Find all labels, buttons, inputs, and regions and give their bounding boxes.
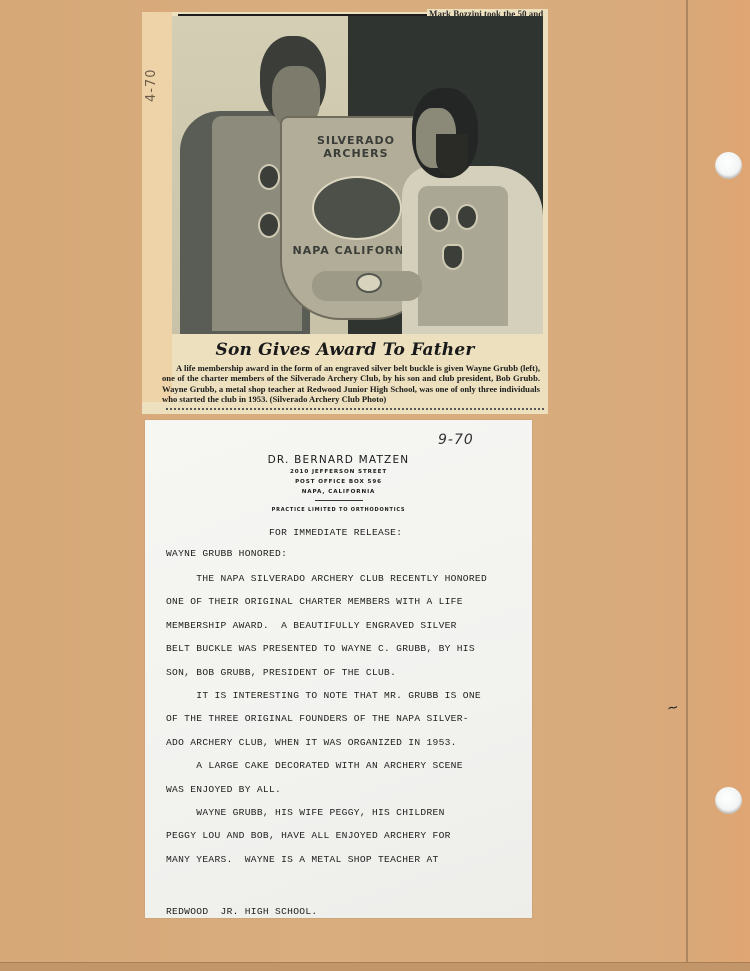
page-bottom-edge bbox=[0, 962, 750, 971]
letterhead-address-1: 2010 JEFFERSON STREET bbox=[145, 469, 532, 475]
letter-line: SON, BOB GRUBB, PRESIDENT OF THE CLUB. bbox=[166, 667, 396, 678]
letterhead-address-3: NAPA, CALIFORNIA bbox=[145, 489, 532, 495]
photo-caption: A life membership award in the form of a… bbox=[162, 363, 540, 405]
news-photo: SILVERADO ARCHERS NAPA CALIFORNIA bbox=[172, 16, 543, 334]
letter-line: ONE OF THEIR ORIGINAL CHARTER MEMBERS WI… bbox=[166, 596, 463, 607]
letter-line: MEMBERSHIP AWARD. A BEAUTIFULLY ENGRAVED… bbox=[166, 620, 457, 631]
letter-title: WAYNE GRUBB HONORED: bbox=[166, 548, 287, 559]
press-release-letter: 9-70 DR. BERNARD MATZEN 2010 JEFFERSON S… bbox=[145, 420, 532, 918]
letter-line: THE NAPA SILVERADO ARCHERY CLUB RECENTLY… bbox=[166, 573, 487, 584]
page-right-flap bbox=[688, 0, 750, 962]
shield-patch-icon bbox=[442, 244, 464, 270]
letter-line: A LARGE CAKE DECORATED WITH AN ARCHERY S… bbox=[166, 760, 463, 771]
caption-text: A life membership award in the form of a… bbox=[162, 363, 540, 404]
letter-line: WAYNE GRUBB, HIS WIFE PEGGY, HIS CHILDRE… bbox=[166, 807, 445, 818]
letter-line: WAS ENJOYED BY ALL. bbox=[166, 784, 281, 795]
letter-line: BELT BUCKLE WAS PRESENTED TO WAYNE C. GR… bbox=[166, 643, 475, 654]
letter-line: MANY YEARS. WAYNE IS A METAL SHOP TEACHE… bbox=[166, 854, 439, 865]
release-heading: FOR IMMEDIATE RELEASE: bbox=[269, 527, 402, 538]
letter-line: REDWOOD JR. HIGH SCHOOL. bbox=[166, 906, 317, 917]
letterhead-address-2: POST OFFICE BOX 596 bbox=[145, 479, 532, 485]
letter-line: PEGGY LOU AND BOB, HAVE ALL ENJOYED ARCH… bbox=[166, 830, 451, 841]
letter-line: ADO ARCHERY CLUB, WHEN IT WAS ORGANIZED … bbox=[166, 737, 457, 748]
letter-line: OF THE THREE ORIGINAL FOUNDERS OF THE NA… bbox=[166, 713, 469, 724]
medal-icon bbox=[456, 204, 478, 230]
handwritten-date: 9-70 bbox=[438, 432, 474, 448]
vest-patch-icon bbox=[258, 212, 280, 238]
letterhead-name: DR. BERNARD MATZEN bbox=[145, 454, 532, 466]
newspaper-clipping: 4-70 Mark Bozzini took the 50 and 75- SI… bbox=[142, 12, 548, 414]
letterhead-practice: PRACTICE LIMITED TO ORTHODONTICS bbox=[145, 507, 532, 513]
binder-hole bbox=[715, 152, 742, 179]
margin-mark: ~ bbox=[666, 699, 680, 717]
handwritten-date: 4-70 bbox=[144, 68, 159, 102]
banner-emblem bbox=[312, 176, 402, 240]
binder-hole bbox=[715, 787, 742, 814]
headline: Son Gives Award To Father bbox=[142, 340, 548, 360]
vest-patch-icon bbox=[258, 164, 280, 190]
letterhead-rule bbox=[315, 500, 363, 501]
banner-text-top: SILVERADO ARCHERS bbox=[286, 134, 426, 160]
son-beard bbox=[436, 134, 468, 176]
belt-buckle bbox=[356, 273, 382, 293]
vest-patch-icon bbox=[428, 206, 450, 232]
letter-line: IT IS INTERESTING TO NOTE THAT MR. GRUBB… bbox=[166, 690, 481, 701]
dotted-rule bbox=[166, 408, 544, 410]
page-crease bbox=[686, 0, 688, 962]
